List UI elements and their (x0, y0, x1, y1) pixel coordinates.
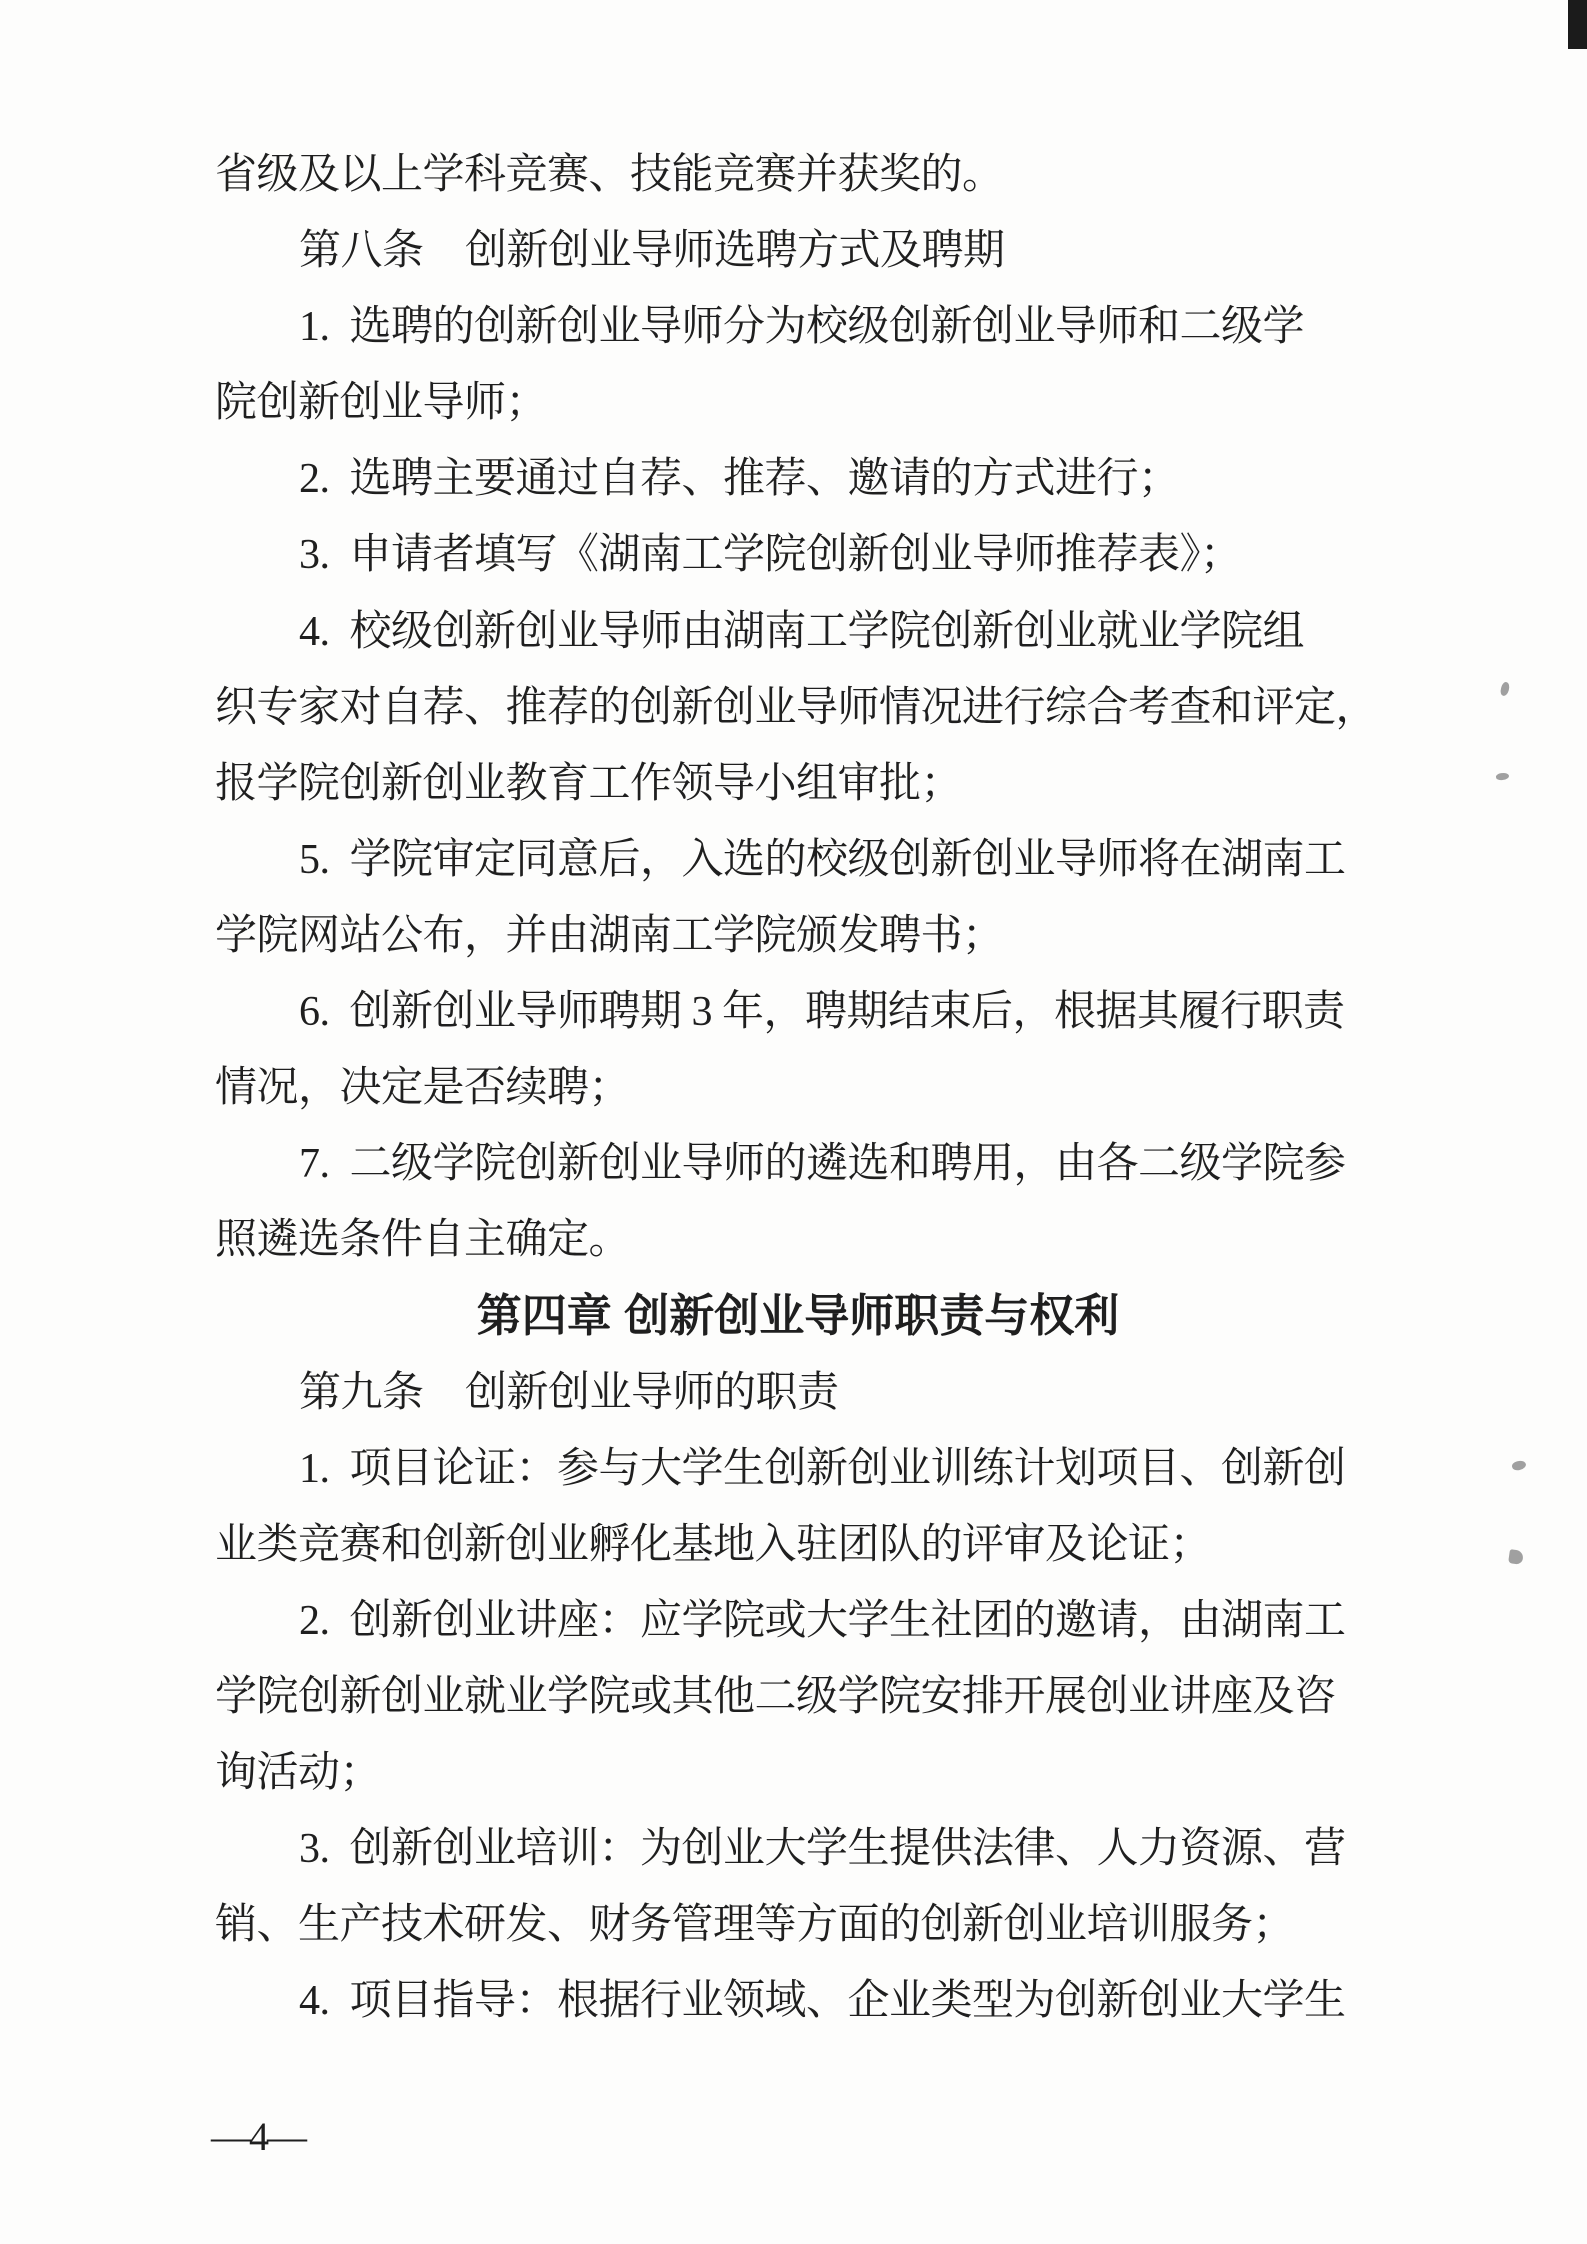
list-item: 7. 二级学院创新创业导师的遴选和聘用，由各二级学院参 (215, 1126, 1381, 1202)
list-item: 6. 创新创业导师聘期 3 年，聘期结束后，根据其履行职责 (215, 974, 1381, 1050)
section-heading: 第九条 创新创业导师的职责 (215, 1355, 1381, 1431)
scan-speck (1496, 772, 1510, 781)
list-item: 5. 学院审定同意后，入选的校级创新创业导师将在湖南工 (215, 822, 1381, 898)
text-line: 报学院创新创业教育工作领导小组审批； (215, 746, 1381, 822)
scan-speck (1508, 1549, 1524, 1565)
text-line: 情况，决定是否续聘； (215, 1050, 1381, 1126)
chapter-heading: 第四章 创新创业导师职责与权利 (215, 1278, 1381, 1354)
list-item: 3. 创新创业培训：为创业大学生提供法律、人力资源、营 (215, 1811, 1381, 1887)
list-item: 4. 校级创新创业导师由湖南工学院创新创业就业学院组 (215, 594, 1381, 670)
text-line: 照遴选条件自主确定。 (215, 1202, 1381, 1278)
text-line: 织专家对自荐、推荐的创新创业导师情况进行综合考查和评定， (215, 670, 1381, 746)
scan-speck (1511, 1459, 1527, 1471)
text-line: 询活动； (215, 1735, 1381, 1811)
list-item: 3. 申请者填写《湖南工学院创新创业导师推荐表》； (215, 517, 1381, 593)
list-item: 2. 创新创业讲座：应学院或大学生社团的邀请，由湖南工 (215, 1583, 1381, 1659)
page-number: —4— (211, 2108, 305, 2166)
list-item: 1. 选聘的创新创业导师分为校级创新创业导师和二级学 (215, 289, 1381, 365)
text-line: 省级及以上学科竞赛、技能竞赛并获奖的。 (215, 137, 1381, 213)
text-line: 销、生产技术研发、财务管理等方面的创新创业培训服务； (215, 1887, 1381, 1963)
list-item: 4. 项目指导：根据行业领域、企业类型为创新创业大学生 (215, 1963, 1381, 2039)
scan-corner-mark (1568, 0, 1587, 49)
section-heading: 第八条 创新创业导师选聘方式及聘期 (215, 213, 1381, 289)
text-line: 院创新创业导师； (215, 365, 1381, 441)
list-item: 2. 选聘主要通过自荐、推荐、邀请的方式进行； (215, 441, 1381, 517)
text-line: 学院创新创业就业学院或其他二级学院安排开展创业讲座及咨 (215, 1659, 1381, 1735)
document-body: 省级及以上学科竞赛、技能竞赛并获奖的。 第八条 创新创业导师选聘方式及聘期 1.… (215, 137, 1381, 2039)
scan-speck (1499, 681, 1511, 697)
text-line: 业类竞赛和创新创业孵化基地入驻团队的评审及论证； (215, 1507, 1381, 1583)
text-line: 学院网站公布，并由湖南工学院颁发聘书； (215, 898, 1381, 974)
scanned-document-page: 省级及以上学科竞赛、技能竞赛并获奖的。 第八条 创新创业导师选聘方式及聘期 1.… (0, 0, 1587, 2244)
list-item: 1. 项目论证：参与大学生创新创业训练计划项目、创新创 (215, 1431, 1381, 1507)
